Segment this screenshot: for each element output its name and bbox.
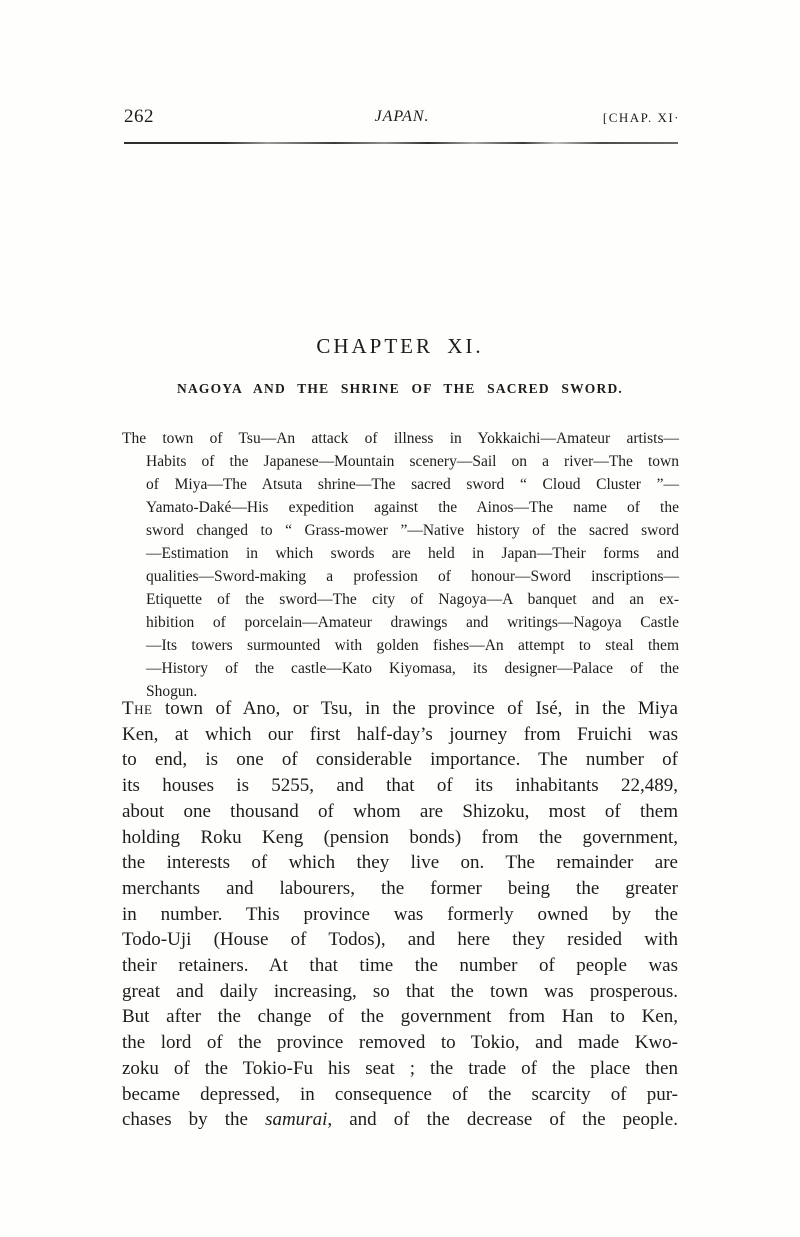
body-line: its houses is 5255, and that of its inha… bbox=[122, 773, 678, 799]
body-line: holding Roku Keng (pension bonds) from t… bbox=[122, 825, 678, 851]
text-segment: hibition of porcelain—Amateur drawings a… bbox=[146, 614, 679, 631]
synopsis-line: Habits of the Japanese—Mountain scenery—… bbox=[122, 450, 679, 473]
text-segment: became depressed, in consequence of the … bbox=[122, 1084, 678, 1105]
body-line: to end, is one of considerable importanc… bbox=[122, 747, 678, 773]
synopsis-line: Etiquette of the sword—The city of Nagoy… bbox=[122, 588, 679, 611]
text-segment: samurai bbox=[265, 1109, 327, 1130]
text-segment: Yamato-Daké—His expedition against the A… bbox=[146, 499, 679, 516]
text-segment: merchants and labourers, the former bein… bbox=[122, 878, 678, 899]
text-segment: the lord of the province removed to Toki… bbox=[122, 1032, 678, 1053]
body-line: merchants and labourers, the former bein… bbox=[122, 876, 678, 902]
synopsis-line: qualities—Sword-making a profession of h… bbox=[122, 565, 679, 588]
text-segment: The bbox=[122, 698, 152, 719]
text-segment: its houses is 5255, and that of its inha… bbox=[122, 775, 678, 796]
text-segment: their retainers. At that time the number… bbox=[122, 955, 678, 976]
synopsis-line: hibition of porcelain—Amateur drawings a… bbox=[122, 611, 679, 634]
text-segment: qualities—Sword-making a profession of h… bbox=[146, 568, 679, 585]
body-line: great and daily increasing, so that the … bbox=[122, 979, 678, 1005]
body-line: the interests of which they live on. The… bbox=[122, 850, 678, 876]
chapter-synopsis: The town of Tsu—An attack of illness in … bbox=[122, 427, 679, 703]
text-segment: to end, is one of considerable importanc… bbox=[122, 749, 678, 770]
text-segment: about one thousand of whom are Shizoku, … bbox=[122, 801, 678, 822]
body-line: zoku of the Tokio-Fu his seat ; the trad… bbox=[122, 1056, 678, 1082]
synopsis-line: sword changed to “ Grass-mower ”—Native … bbox=[122, 519, 679, 542]
text-segment: But after the change of the government f… bbox=[122, 1006, 678, 1027]
synopsis-line: —History of the castle—Kato Kiyomasa, it… bbox=[122, 657, 679, 680]
chapter-heading: CHAPTER XI. bbox=[0, 334, 800, 359]
body-paragraph: The town of Ano, or Tsu, in the province… bbox=[122, 696, 678, 1133]
text-segment: , and of the decrease of the people. bbox=[327, 1109, 678, 1130]
text-segment: —Its towers surmounted with golden fishe… bbox=[146, 637, 679, 654]
text-segment: Habits of the Japanese—Mountain scenery—… bbox=[146, 453, 679, 470]
body-line: their retainers. At that time the number… bbox=[122, 953, 678, 979]
body-line: in number. This province was formerly ow… bbox=[122, 902, 678, 928]
text-segment: the interests of which they live on. The… bbox=[122, 852, 678, 873]
body-line: became depressed, in consequence of the … bbox=[122, 1082, 678, 1108]
text-segment: —History of the castle—Kato Kiyomasa, it… bbox=[146, 660, 679, 677]
chapter-reference: [CHAP. XI· bbox=[603, 110, 680, 126]
chapter-subheading: NAGOYA AND THE SHRINE OF THE SACRED SWOR… bbox=[0, 381, 800, 397]
text-segment: chases by the bbox=[122, 1109, 265, 1130]
text-segment: holding Roku Keng (pension bonds) from t… bbox=[122, 827, 678, 848]
text-segment: of Miya—The Atsuta shrine—The sacred swo… bbox=[146, 476, 679, 493]
body-line: Todo-Uji (House of Todos), and here they… bbox=[122, 927, 678, 953]
synopsis-line: of Miya—The Atsuta shrine—The sacred swo… bbox=[122, 473, 679, 496]
body-line: The town of Ano, or Tsu, in the province… bbox=[122, 696, 678, 722]
body-line: about one thousand of whom are Shizoku, … bbox=[122, 799, 678, 825]
body-line: Ken, at which our first half-day’s journ… bbox=[122, 722, 678, 748]
text-segment: —Estimation in which swords are held in … bbox=[146, 545, 679, 562]
body-line: the lord of the province removed to Toki… bbox=[122, 1030, 678, 1056]
text-segment: town of Ano, or Tsu, in the province of … bbox=[152, 698, 678, 719]
header-rule bbox=[124, 142, 678, 144]
text-segment: The town of Tsu—An attack of illness in … bbox=[122, 430, 679, 447]
text-segment: Ken, at which our first half-day’s journ… bbox=[122, 724, 678, 745]
text-segment: zoku of the Tokio-Fu his seat ; the trad… bbox=[122, 1058, 678, 1079]
synopsis-line: —Its towers surmounted with golden fishe… bbox=[122, 634, 679, 657]
page-header: 262 JAPAN. [CHAP. XI· bbox=[124, 106, 680, 136]
body-line: But after the change of the government f… bbox=[122, 1004, 678, 1030]
text-segment: great and daily increasing, so that the … bbox=[122, 981, 678, 1002]
book-page: 262 JAPAN. [CHAP. XI· CHAPTER XI. NAGOYA… bbox=[0, 0, 800, 1237]
synopsis-line: —Estimation in which swords are held in … bbox=[122, 542, 679, 565]
text-segment: sword changed to “ Grass-mower ”—Native … bbox=[146, 522, 679, 539]
synopsis-line: The town of Tsu—An attack of illness in … bbox=[122, 427, 679, 450]
text-segment: Todo-Uji (House of Todos), and here they… bbox=[122, 929, 678, 950]
running-title: JAPAN. bbox=[124, 108, 680, 126]
synopsis-line: Yamato-Daké—His expedition against the A… bbox=[122, 496, 679, 519]
body-line: chases by the samurai, and of the decrea… bbox=[122, 1107, 678, 1133]
text-segment: Etiquette of the sword—The city of Nagoy… bbox=[146, 591, 679, 608]
text-segment: in number. This province was formerly ow… bbox=[122, 904, 678, 925]
